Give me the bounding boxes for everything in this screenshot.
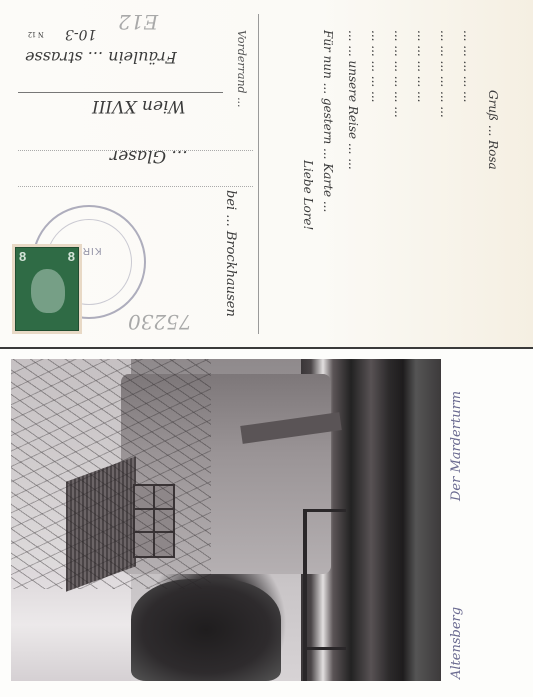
message-line: Für nun ... gestern ... Karte ... [321, 30, 335, 212]
message-line: Liebe Lore! [301, 160, 315, 230]
message-line: ... ... ... ... ... [369, 30, 383, 102]
message-block: Liebe Lore! Für nun ... gestern ... Kart… [300, 10, 530, 340]
address-line2: Wien XVIII [92, 96, 186, 116]
photo-tower [11, 359, 441, 681]
message-line: ... ... unsere Reise ... ... [346, 30, 360, 170]
message-line: ... ... ... ... ... [415, 30, 429, 102]
message-line: ... ... ... ... ... [461, 30, 475, 102]
stamp-value-left: 8 [19, 249, 26, 264]
photo-fence [306, 647, 346, 650]
address-line3: ... Glaser [110, 146, 188, 166]
address-number: 10-3 [65, 26, 96, 42]
photo-branches [11, 359, 211, 589]
caption-title: Der Marderturm [449, 391, 464, 501]
photo-fence [303, 509, 307, 681]
stamp-value-right: 8 [68, 249, 75, 264]
photo-bush [131, 579, 281, 681]
message-line: Gruß ... Rosa [486, 90, 500, 170]
stamp-face: 8 8 [15, 247, 79, 331]
pencil-number: 75230 [128, 310, 192, 334]
postcard-back: N 12 E12 10-3 Fräulein ... strasse Wien … [0, 0, 533, 349]
address-line [18, 92, 223, 93]
address-line1: Fräulein ... strasse [25, 48, 177, 67]
postage-stamp: 8 8 [12, 244, 82, 334]
address-line4: bei ... Brockhausen [223, 190, 238, 317]
annotation-top: E12 [118, 10, 158, 34]
address-line [18, 186, 253, 187]
divider-line [258, 14, 259, 334]
message-line: ... ... ... ... ... ... [392, 30, 406, 118]
message-line: ... ... ... ... ... ... [438, 30, 452, 118]
stamp-portrait-icon [31, 269, 65, 313]
postcard-front: Der Marderturm Altensberg [0, 349, 533, 697]
publisher-mark: N 12 [28, 30, 44, 39]
photo-fence [306, 509, 346, 512]
caption-place: Altensberg [449, 607, 464, 679]
sender-note: Vorderrand ... [235, 30, 248, 108]
